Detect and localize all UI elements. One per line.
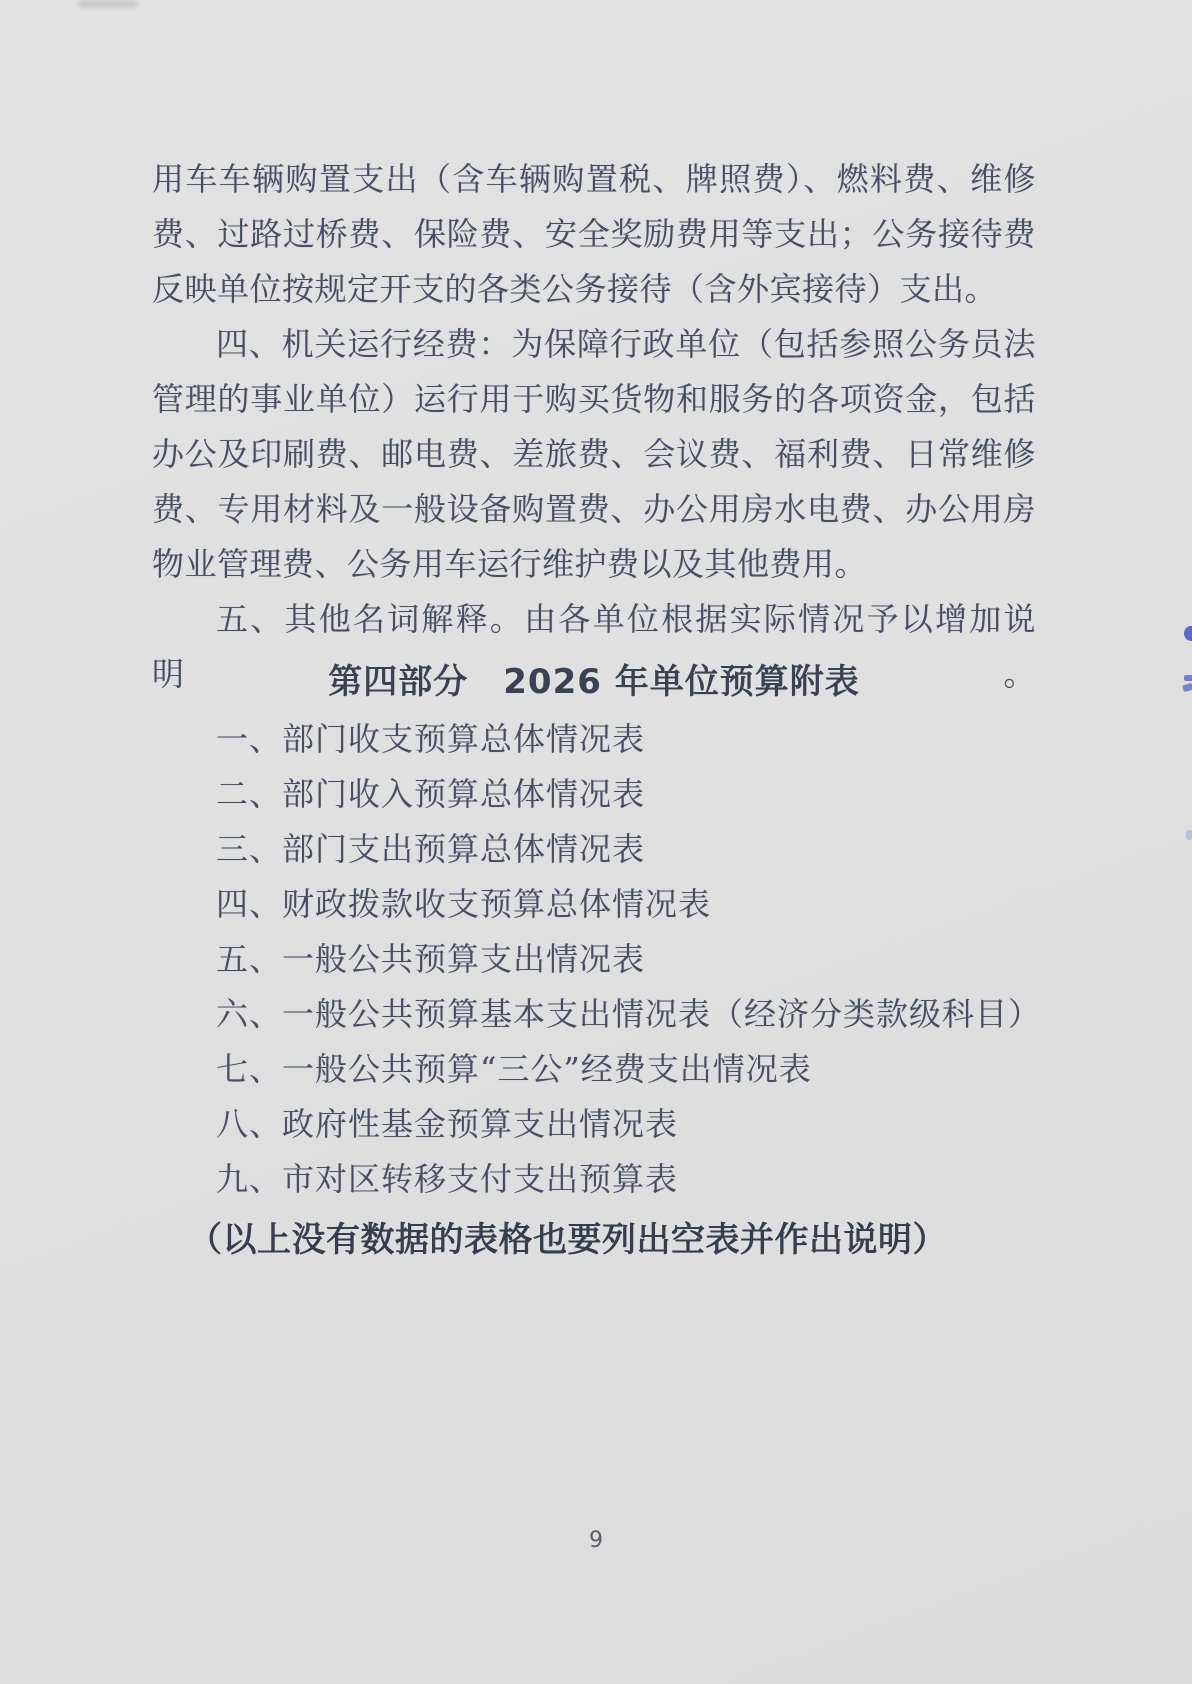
paragraph-line: 费、专用材料及一般设备购置费、办公用房水电费、办公用房 — [152, 482, 1036, 537]
scanned-document-page: 用车车辆购置支出（含车辆购置税、牌照费）、燃料费、维修 费、过路过桥费、保险费、… — [0, 0, 1192, 1684]
edge-ink-mark — [1182, 683, 1192, 692]
appendix-item: 一、部门收支预算总体情况表 — [152, 712, 1036, 767]
empty-table-note: （以上没有数据的表格也要列出空表并作出说明） — [152, 1213, 1036, 1268]
text-column: 用车车辆购置支出（含车辆购置税、牌照费）、燃料费、维修 费、过路过桥费、保险费、… — [152, 152, 1036, 1268]
edge-ink-mark — [1186, 830, 1192, 840]
paragraph-line: 办公及印刷费、邮电费、差旅费、会议费、福利费、日常维修 — [152, 427, 1036, 482]
paragraph-line: 用车车辆购置支出（含车辆购置税、牌照费）、燃料费、维修 — [152, 152, 1036, 207]
appendix-item: 七、一般公共预算“三公”经费支出情况表 — [152, 1042, 1036, 1097]
paragraph-line: 四、机关运行经费：为保障行政单位（包括参照公务员法 — [152, 317, 1036, 372]
appendix-item: 九、市对区转移支付支出预算表 — [152, 1152, 1036, 1207]
paragraph-line: 五、其他名词解释。由各单位根据实际情况予以增加说明。 — [152, 592, 1036, 647]
page-number: 9 — [0, 1528, 1192, 1553]
appendix-item: 三、部门支出预算总体情况表 — [152, 822, 1036, 877]
paragraph-line: 管理的事业单位）运行用于购买货物和服务的各项资金，包括 — [152, 372, 1036, 427]
paragraph-line: 费、过路过桥费、保险费、安全奖励费用等支出；公务接待费 — [152, 207, 1036, 262]
appendix-item: 六、一般公共预算基本支出情况表（经济分类款级科目） — [152, 987, 1036, 1042]
edge-ink-mark — [1184, 626, 1192, 641]
edge-ink-mark — [1184, 675, 1192, 681]
appendix-item: 八、政府性基金预算支出情况表 — [152, 1097, 1036, 1152]
appendix-item: 五、一般公共预算支出情况表 — [152, 932, 1036, 987]
appendix-item: 四、财政拨款收支预算总体情况表 — [152, 877, 1036, 932]
paragraph-line: 物业管理费、公务用车运行维护费以及其他费用。 — [152, 537, 1036, 592]
paragraph-line: 反映单位按规定开支的各类公务接待（含外宾接待）支出。 — [152, 262, 1036, 317]
appendix-table-list: 一、部门收支预算总体情况表 二、部门收入预算总体情况表 三、部门支出预算总体情况… — [152, 712, 1036, 1207]
scan-smudge-artifact — [78, 0, 138, 8]
appendix-item: 二、部门收入预算总体情况表 — [152, 767, 1036, 822]
